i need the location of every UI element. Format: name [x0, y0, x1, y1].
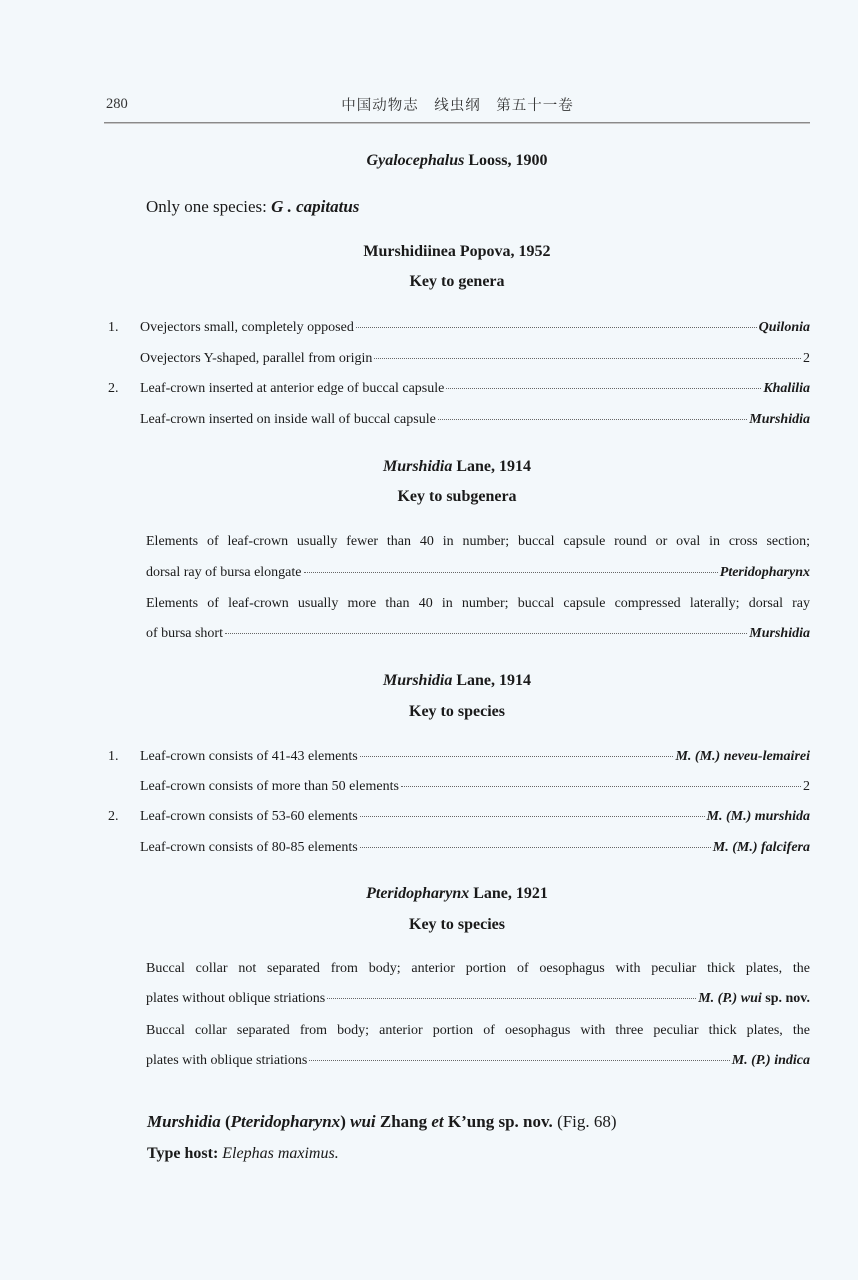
figure-reference: (Fig. 68) [553, 1112, 617, 1131]
leader-dots [438, 418, 747, 420]
document-page: 280 中国动物志 线虫纲 第五十一卷 Gyalocephalus Looss,… [0, 0, 858, 1280]
key-entry: plates without oblique striations M. (P.… [146, 991, 810, 1011]
key-to-subgenera-heading: Key to subgenera [104, 488, 810, 506]
running-head: 280 中国动物志 线虫纲 第五十一卷 [106, 94, 809, 116]
couplet-result: Murshidia [749, 412, 810, 428]
couplet-text: Leaf-crown consists of 80-85 elements [140, 840, 358, 856]
genus-name: Murshidia [147, 1112, 221, 1131]
couplet-result: 2 [803, 351, 810, 367]
entry-text: plates without oblique striations [146, 991, 325, 1007]
couplet-text: Leaf-crown consists of 53-60 elements [140, 809, 358, 825]
type-host: Type host: Elephas maximus. [147, 1145, 339, 1163]
leader-dots [360, 815, 705, 817]
couplet-number: 2. [104, 381, 140, 397]
genus-author: Lane, 1921 [469, 885, 548, 902]
couplet-result: Khalilia [763, 381, 810, 397]
genus-name: Pteridopharynx [366, 885, 469, 902]
genus-name: Murshidia [383, 672, 452, 689]
key-couplet: Leaf-crown consists of 80-85 elements M.… [104, 840, 810, 860]
genus-heading-pteridopharynx: Pteridopharynx Lane, 1921 [104, 885, 810, 903]
note-species: G . capitatus [271, 197, 359, 216]
key-couplet: Leaf-crown inserted on inside wall of bu… [104, 412, 810, 432]
key-to-species-heading: Key to species [104, 703, 810, 721]
couplet-result: Quilonia [759, 320, 810, 336]
key-couplet: 2. Leaf-crown inserted at anterior edge … [104, 381, 810, 401]
couplet-number: 2. [104, 809, 140, 825]
genus-author: Lane, 1914 [452, 458, 531, 475]
key-entry-line: Elements of leaf-crown usually more than… [146, 596, 810, 612]
tribe-heading: Murshidiinea Popova, 1952 [104, 243, 810, 261]
entry-text: plates with oblique striations [146, 1053, 307, 1069]
leader-dots [360, 755, 674, 757]
key-entry: plates with oblique striations M. (P.) i… [146, 1053, 810, 1073]
key-entry-line: Buccal collar separated from body; anter… [146, 1023, 810, 1039]
couplet-text: Ovejectors small, completely opposed [140, 320, 354, 336]
key-couplet: Leaf-crown consists of more than 50 elem… [104, 779, 810, 799]
author-b: K’ung sp. nov. [444, 1112, 553, 1131]
genus-heading-murshidia: Murshidia Lane, 1914 [104, 458, 810, 476]
entry-result: M. (P.) indica [732, 1053, 810, 1069]
entry-result: M. (P.) wui sp. nov. [698, 991, 810, 1007]
couplet-text: Leaf-crown inserted on inside wall of bu… [140, 412, 436, 428]
key-entry: dorsal ray of bursa elongate Pteridophar… [146, 565, 810, 585]
leader-dots [360, 846, 711, 848]
couplet-result: M. (M.) murshida [707, 809, 810, 825]
note-prefix: Only one species: [146, 197, 271, 216]
key-entry-line: Elements of leaf-crown usually fewer tha… [146, 534, 810, 550]
couplet-text: Leaf-crown consists of 41-43 elements [140, 749, 358, 765]
book-title: 中国动物志 线虫纲 第五十一卷 [106, 94, 809, 115]
genus-name: Murshidia [383, 458, 452, 475]
entry-text: dorsal ray of bursa elongate [146, 565, 302, 581]
key-couplet: 2. Leaf-crown consists of 53-60 elements… [104, 809, 810, 829]
genus-name: Gyalocephalus [367, 152, 465, 169]
key-couplet: 1. Ovejectors small, completely opposed … [104, 320, 810, 340]
key-couplet: Ovejectors Y-shaped, parallel from origi… [104, 351, 810, 371]
leader-dots [225, 632, 747, 634]
key-entry: of bursa short Murshidia [146, 626, 810, 646]
subgenus-name: Pteridopharynx [231, 1112, 341, 1131]
genus-author: Looss, 1900 [464, 152, 547, 169]
couplet-text: Leaf-crown inserted at anterior edge of … [140, 381, 444, 397]
single-species-note: Only one species: G . capitatus [146, 197, 359, 217]
species-heading: Murshidia (Pteridopharynx) wui Zhang et … [147, 1112, 617, 1132]
couplet-result: M. (M.) neveu-lemairei [675, 749, 810, 765]
leader-dots [446, 387, 761, 389]
leader-dots [374, 357, 801, 359]
genus-heading-murshidia-species: Murshidia Lane, 1914 [104, 672, 810, 690]
key-to-species-heading: Key to species [104, 916, 810, 934]
entry-result: Pteridopharynx [720, 565, 810, 581]
leader-dots [401, 785, 801, 787]
genus-author: Lane, 1914 [452, 672, 531, 689]
leader-dots [309, 1059, 729, 1061]
header-rule [104, 122, 810, 124]
key-couplet: 1. Leaf-crown consists of 41-43 elements… [104, 749, 810, 769]
entry-result: Murshidia [749, 626, 810, 642]
entry-text: of bursa short [146, 626, 223, 642]
couplet-result: M. (M.) falcifera [713, 840, 810, 856]
type-host-label: Type host: [147, 1145, 218, 1162]
key-to-genera-heading: Key to genera [104, 273, 810, 291]
key-entry-line: Buccal collar not separated from body; a… [146, 961, 810, 977]
couplet-text: Ovejectors Y-shaped, parallel from origi… [140, 351, 372, 367]
genus-heading-gyalocephalus: Gyalocephalus Looss, 1900 [104, 152, 810, 170]
couplet-text: Leaf-crown consists of more than 50 elem… [140, 779, 399, 795]
leader-dots [356, 326, 757, 328]
type-host-value: Elephas maximus. [218, 1145, 338, 1162]
leader-dots [304, 571, 718, 573]
leader-dots [327, 997, 696, 999]
couplet-number: 1. [104, 749, 140, 765]
couplet-number: 1. [104, 320, 140, 336]
species-name: wui [350, 1112, 376, 1131]
author-a: Zhang [376, 1112, 432, 1131]
couplet-result: 2 [803, 779, 810, 795]
et: et [431, 1112, 443, 1131]
